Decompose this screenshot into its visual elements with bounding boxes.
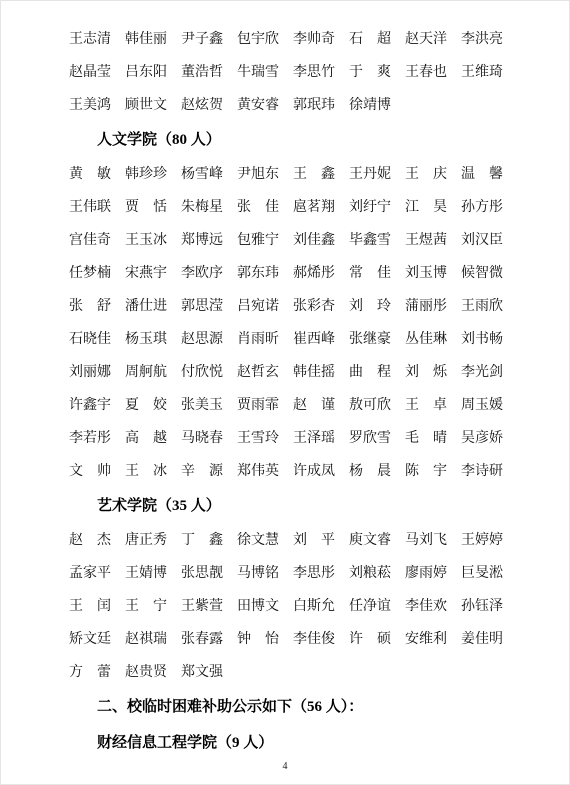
name-row: 矫文廷赵祺瑞张春露钟 怡李佳俊许 硕安维利姜佳明 [69,623,501,656]
person-name: 蒲丽彤 [405,290,447,323]
person-name: 文 帅 [69,455,111,488]
person-name: 刘汉臣 [461,224,503,257]
person-name: 田博文 [237,590,279,623]
person-name: 张继豪 [349,323,391,356]
person-name: 潘仕进 [125,290,167,323]
person-name: 王雪玲 [237,422,279,455]
person-name: 钟 怡 [237,623,279,656]
person-name: 包雅宁 [237,224,279,257]
person-name: 廖雨婷 [405,557,447,590]
person-name: 王 鑫 [293,158,335,191]
person-name: 石晓佳 [69,323,111,356]
person-name: 张 舒 [69,290,111,323]
person-name: 吕宛诺 [237,290,279,323]
person-name: 杨玉琪 [125,323,167,356]
person-name: 赵贵贤 [125,656,167,689]
person-name: 郭东玮 [237,257,279,290]
person-name: 王丹妮 [349,158,391,191]
person-name: 郭珉玮 [293,89,335,122]
person-name: 王 庆 [405,158,447,191]
person-name: 李欧序 [181,257,223,290]
name-row: 赵晶莹吕东阳董浩哲牛瑞雪李思竹于 爽王春也王维琦 [69,56,501,89]
person-name: 王煜茜 [405,224,447,257]
person-name: 候智微 [461,257,503,290]
person-name: 王婧博 [125,557,167,590]
person-name: 于 爽 [349,56,391,89]
name-row: 孟家平王婧博张思靓马博铭李思彤刘粮菘廖雨婷巨旻淞 [69,557,501,590]
person-name: 顾世文 [125,89,167,122]
person-name: 李若彤 [69,422,111,455]
name-row: 王美鸿顾世文赵炫贺黄安睿郭珉玮徐靖博 [69,89,501,122]
person-name: 刘书畅 [461,323,503,356]
person-name: 李光剑 [461,356,503,389]
section-heading: 人文学院（80 人） [69,122,501,158]
name-row: 李若彤高 越马晓春王雪玲王泽瑶罗欣雪毛 晴吴彦娇 [69,422,501,455]
person-name: 张思靓 [181,557,223,590]
person-name: 马博铭 [237,557,279,590]
person-name: 常 佳 [349,257,391,290]
person-name: 辛 源 [181,455,223,488]
name-row: 王伟联贾 恬朱梅星张 佳扈茗翔刘纡宁江 昊孙方彤 [69,191,501,224]
person-name: 敖可欣 [349,389,391,422]
person-name: 吴彦娇 [461,422,503,455]
person-name: 崔西峰 [293,323,335,356]
section-heading: 艺术学院（35 人） [69,488,501,524]
person-name: 张美玉 [181,389,223,422]
person-name: 董浩哲 [181,56,223,89]
person-name: 李佳俊 [293,623,335,656]
person-name: 丛佳琳 [405,323,447,356]
person-name: 马刘飞 [405,524,447,557]
person-name: 周舸航 [125,356,167,389]
person-name: 陈 宇 [405,455,447,488]
person-name: 李帅奇 [293,23,335,56]
person-name: 孙钰泽 [461,590,503,623]
person-name: 江 昊 [405,191,447,224]
person-name: 王泽瑶 [293,422,335,455]
name-row: 许鑫宇夏 姣张美玉贾雨霏赵 谨敖可欣王 卓周玉媛 [69,389,501,422]
person-name: 张春露 [181,623,223,656]
person-name: 张 佳 [237,191,279,224]
person-name: 任净谊 [349,590,391,623]
person-name: 郑伟英 [237,455,279,488]
person-name: 周玉媛 [461,389,503,422]
person-name: 曲 程 [349,356,391,389]
name-row: 方 蕾赵贵贤郑文强 [69,656,501,689]
person-name: 马晓春 [181,422,223,455]
person-name: 韩佳丽 [125,23,167,56]
person-name: 包宇欣 [237,23,279,56]
person-name: 贾 恬 [125,191,167,224]
person-name: 尹旭东 [237,158,279,191]
person-name: 王美鸿 [69,89,111,122]
person-name: 任梦楠 [69,257,111,290]
person-name: 刘玉博 [405,257,447,290]
person-name: 高 越 [125,422,167,455]
person-name: 宋燕宇 [125,257,167,290]
person-name: 毛 晴 [405,422,447,455]
person-name: 赵天洋 [405,23,447,56]
person-name: 赵炫贺 [181,89,223,122]
person-name: 黄 敏 [69,158,111,191]
person-name: 肖雨昕 [237,323,279,356]
person-name: 李佳欢 [405,590,447,623]
person-name: 吕东阳 [125,56,167,89]
name-row: 王志清韩佳丽尹子鑫包宇欣李帅奇石 超赵天洋李洪亮 [69,23,501,56]
person-name: 黄安睿 [237,89,279,122]
person-name: 朱梅星 [181,191,223,224]
person-name: 白斯允 [293,590,335,623]
person-name: 扈茗翔 [293,191,335,224]
person-name: 赵 杰 [69,524,111,557]
person-name: 刘丽娜 [69,356,111,389]
name-row: 文 帅王 冰辛 源郑伟英许成凤杨 晨陈 宇李诗研 [69,455,501,488]
person-name: 安维利 [405,623,447,656]
person-name: 赵祺瑞 [125,623,167,656]
person-name: 王 宁 [125,590,167,623]
document-page: 王志清韩佳丽尹子鑫包宇欣李帅奇石 超赵天洋李洪亮赵晶莹吕东阳董浩哲牛瑞雪李思竹于… [0,0,570,785]
name-row: 宫佳奇王玉冰郑博远包雅宁刘佳鑫毕鑫雪王煜茜刘汉臣 [69,224,501,257]
person-name: 毕鑫雪 [349,224,391,257]
person-name: 王伟联 [69,191,111,224]
person-name: 徐文慧 [237,524,279,557]
person-name: 杨 晨 [349,455,391,488]
person-name: 尹子鑫 [181,23,223,56]
person-name: 赵 谨 [293,389,335,422]
person-name: 王 冰 [125,455,167,488]
person-name: 巨旻淞 [461,557,503,590]
name-row: 任梦楠宋燕宇李欧序郭东玮郝烯彤常 佳刘玉博候智微 [69,257,501,290]
person-name: 刘佳鑫 [293,224,335,257]
person-name: 夏 姣 [125,389,167,422]
person-name: 王婷婷 [461,524,503,557]
person-name: 赵哲玄 [237,356,279,389]
person-name: 李思竹 [293,56,335,89]
person-name: 韩珍珍 [125,158,167,191]
name-row: 赵 杰唐正秀丁 鑫徐文慧刘 平庾文睿马刘飞王婷婷 [69,524,501,557]
person-name: 温 馨 [461,158,503,191]
person-name: 许成凤 [293,455,335,488]
person-name: 刘纡宁 [349,191,391,224]
name-row: 刘丽娜周舸航付欣悦赵哲玄韩佳摇曲 程刘 烁李光剑 [69,356,501,389]
person-name: 孙方彤 [461,191,503,224]
person-name: 杨雪峰 [181,158,223,191]
person-name: 王 闰 [69,590,111,623]
person-name: 王春也 [405,56,447,89]
person-name: 刘 平 [293,524,335,557]
person-name: 刘 烁 [405,356,447,389]
person-name: 丁 鑫 [181,524,223,557]
person-name: 王志清 [69,23,111,56]
person-name: 许 硕 [349,623,391,656]
person-name: 罗欣雪 [349,422,391,455]
person-name: 刘粮菘 [349,557,391,590]
person-name: 徐靖博 [349,89,391,122]
person-name: 石 超 [349,23,391,56]
person-name: 郑文强 [181,656,223,689]
name-row: 王 闰王 宁王紫萱田博文白斯允任净谊李佳欢孙钰泽 [69,590,501,623]
person-name: 李思彤 [293,557,335,590]
name-row: 石晓佳杨玉琪赵思源肖雨昕崔西峰张继豪丛佳琳刘书畅 [69,323,501,356]
person-name: 王 卓 [405,389,447,422]
person-name: 庾文睿 [349,524,391,557]
person-name: 唐正秀 [125,524,167,557]
person-name: 赵思源 [181,323,223,356]
person-name: 贾雨霏 [237,389,279,422]
name-row: 黄 敏韩珍珍杨雪峰尹旭东王 鑫王丹妮王 庆温 馨 [69,158,501,191]
person-name: 王维琦 [461,56,503,89]
person-name: 王玉冰 [125,224,167,257]
person-name: 方 蕾 [69,656,111,689]
person-name: 郭思滢 [181,290,223,323]
page-number: 4 [1,761,569,772]
person-name: 付欣悦 [181,356,223,389]
person-name: 孟家平 [69,557,111,590]
person-name: 宫佳奇 [69,224,111,257]
document-content: 王志清韩佳丽尹子鑫包宇欣李帅奇石 超赵天洋李洪亮赵晶莹吕东阳董浩哲牛瑞雪李思竹于… [1,1,569,761]
person-name: 王雨欣 [461,290,503,323]
section-heading: 财经信息工程学院（9 人） [69,725,501,761]
person-name: 许鑫宇 [69,389,111,422]
person-name: 矫文廷 [69,623,111,656]
person-name: 郝烯彤 [293,257,335,290]
name-row: 张 舒潘仕进郭思滢吕宛诺张彩杏刘 玲蒲丽彤王雨欣 [69,290,501,323]
person-name: 姜佳明 [461,623,503,656]
person-name: 王紫萱 [181,590,223,623]
person-name: 赵晶莹 [69,56,111,89]
person-name: 李诗研 [461,455,503,488]
person-name: 牛瑞雪 [237,56,279,89]
person-name: 李洪亮 [461,23,503,56]
person-name: 刘 玲 [349,290,391,323]
person-name: 张彩杏 [293,290,335,323]
list-heading: 二、校临时困难补助公示如下（56 人）： [69,689,501,725]
person-name: 韩佳摇 [293,356,335,389]
person-name: 郑博远 [181,224,223,257]
